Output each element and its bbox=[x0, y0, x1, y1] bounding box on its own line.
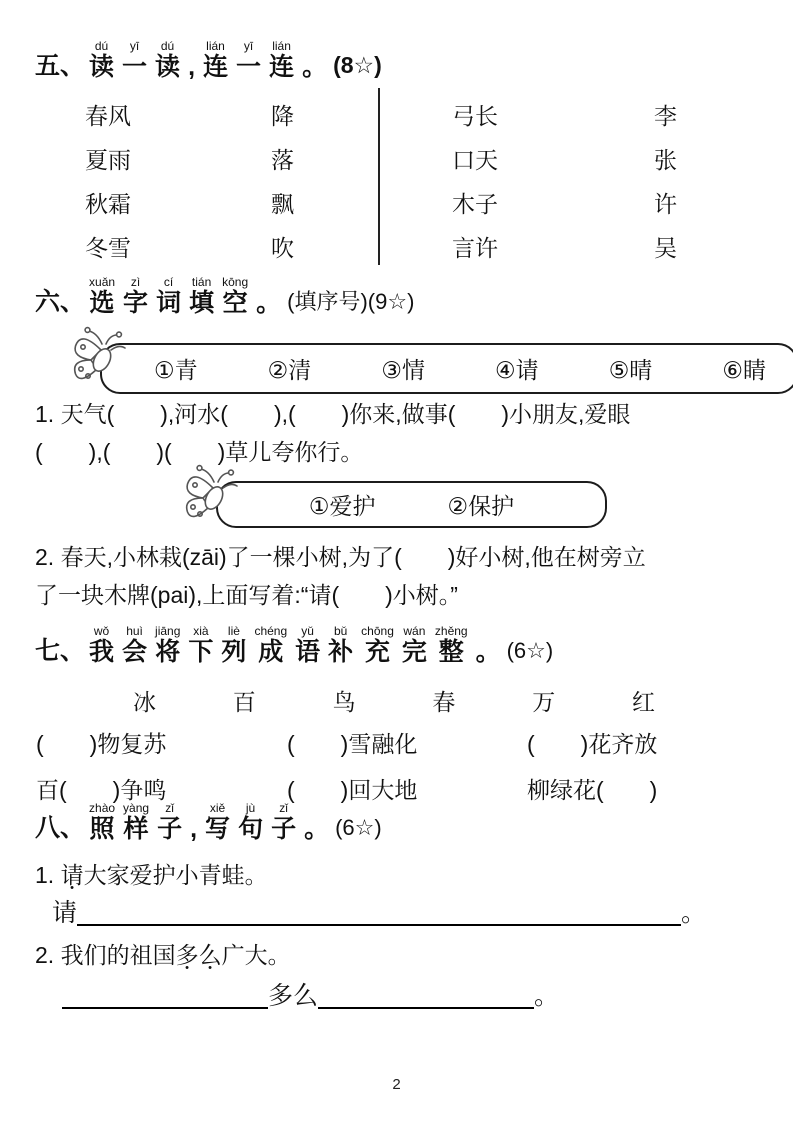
pinyin-label: cí bbox=[164, 276, 173, 289]
hanzi-char: 词 bbox=[156, 289, 181, 318]
hanzi-char: 整 bbox=[439, 638, 464, 667]
match-word: 春风 bbox=[85, 101, 131, 145]
word-bank-box-1: ①青②清③情④请⑤晴⑥睛 bbox=[100, 343, 793, 394]
match-word: 吴 bbox=[654, 233, 677, 277]
pinyin-label: chōng bbox=[361, 625, 394, 638]
pinyin-label: yī bbox=[244, 40, 253, 53]
hanzi-char: 空 bbox=[223, 289, 248, 318]
word-option: ②保护 bbox=[448, 488, 515, 521]
answer2-blank-right[interactable] bbox=[318, 983, 534, 1009]
title-char: jiāng将 bbox=[155, 625, 180, 667]
answer-line-2: 多么。 bbox=[62, 981, 559, 1011]
hanzi-char: 写 bbox=[205, 815, 230, 844]
section8-number: 八、 bbox=[35, 815, 85, 844]
match-column-verbs: 降落飘吹 bbox=[271, 101, 294, 277]
match-word: 吹 bbox=[271, 233, 294, 277]
section5-title-chars: dú读yī一dú读 ,lián连yī一lián连 。 bbox=[85, 40, 331, 82]
pinyin-label: dú bbox=[95, 40, 108, 53]
title-char: 。 bbox=[256, 276, 281, 318]
hanzi-char: 读 bbox=[89, 53, 114, 82]
match-word: 木子 bbox=[452, 189, 498, 233]
title-char: chéng成 bbox=[254, 625, 287, 667]
pinyin-label bbox=[313, 40, 316, 53]
pinyin-label: huì bbox=[126, 625, 143, 638]
section7-title: 七、 wǒ我huì会jiāng将xià下liè列chéng成yǔ语bǔ补chōn… bbox=[35, 625, 553, 667]
word-option: ⑤晴 bbox=[609, 352, 653, 385]
title-char: jù句 bbox=[238, 802, 263, 844]
title-char: yī一 bbox=[122, 40, 147, 82]
pinyin-label: zì bbox=[131, 276, 140, 289]
word-option: ①爱护 bbox=[309, 488, 376, 521]
hanzi-char: 连 bbox=[269, 53, 294, 82]
hanzi-char: 。 bbox=[476, 638, 501, 667]
hanzi-char: 选 bbox=[90, 289, 115, 318]
title-char: dú读 bbox=[155, 40, 180, 82]
match-word: 言许 bbox=[452, 233, 498, 277]
title-char: lián连 bbox=[269, 40, 294, 82]
pinyin-label: liè bbox=[228, 625, 240, 638]
pinyin-label: jù bbox=[246, 802, 255, 815]
hanzi-char: 。 bbox=[304, 815, 329, 844]
section5-number: 五、 bbox=[35, 53, 85, 82]
hanzi-char: 。 bbox=[302, 53, 327, 82]
bank-character: 鸟 bbox=[333, 684, 356, 717]
hanzi-char: 语 bbox=[295, 638, 320, 667]
title-char: cí词 bbox=[156, 276, 181, 318]
match-word: 降 bbox=[271, 101, 294, 145]
hanzi-char: 一 bbox=[236, 53, 261, 82]
title-char: xuǎn选 bbox=[89, 276, 115, 318]
title-char: 。 bbox=[304, 802, 329, 844]
section8-title-chars: zhào照yàng样zǐ子 ,xiě写jù句zǐ子 。 bbox=[85, 802, 333, 844]
hanzi-char: 完 bbox=[402, 638, 427, 667]
bank-character: 红 bbox=[632, 684, 655, 717]
section7-title-chars: wǒ我huì会jiāng将xià下liè列chéng成yǔ语bǔ补chōng充w… bbox=[85, 625, 505, 667]
hanzi-char: 连 bbox=[203, 53, 228, 82]
title-char: yī一 bbox=[236, 40, 261, 82]
title-char: kōng空 bbox=[222, 276, 248, 318]
idiom-blank: ( )回大地 bbox=[287, 772, 527, 805]
match-word: 张 bbox=[654, 145, 677, 189]
pinyin-label: kōng bbox=[222, 276, 248, 289]
pinyin-label: lián bbox=[272, 40, 291, 53]
pinyin-label bbox=[486, 625, 489, 638]
hanzi-char: , bbox=[188, 53, 195, 82]
title-char: xià下 bbox=[188, 625, 213, 667]
text-line: 1. 天气( ),河水( ),( )你来,做事( )小朋友,爱眼 bbox=[35, 395, 630, 433]
hanzi-char: 下 bbox=[188, 638, 213, 667]
pinyin-label: zǐ bbox=[279, 802, 288, 815]
title-char: zì字 bbox=[123, 276, 148, 318]
idiom-blank: ( )花齐放 bbox=[527, 726, 736, 759]
title-char: yǔ语 bbox=[295, 625, 320, 667]
bank-character: 冰 bbox=[133, 684, 156, 717]
pinyin-label: wán bbox=[403, 625, 425, 638]
title-char: chōng充 bbox=[361, 625, 394, 667]
hanzi-char: 填 bbox=[189, 289, 214, 318]
title-char: tián填 bbox=[189, 276, 214, 318]
section5-score: (8☆) bbox=[333, 52, 382, 82]
section7-number: 七、 bbox=[35, 638, 85, 667]
match-word: 夏雨 bbox=[85, 145, 131, 189]
answer2-period: 。 bbox=[534, 982, 559, 1010]
question-6-2: 2. 春天,小林栽(zāi)了一棵小树,为了( )好小树,他在树旁立了一块木牌(… bbox=[35, 538, 646, 614]
pinyin-label: yī bbox=[130, 40, 139, 53]
hanzi-char: 成 bbox=[258, 638, 283, 667]
section8-title: 八、 zhào照yàng样zǐ子 ,xiě写jù句zǐ子 。 (6☆) bbox=[35, 802, 382, 844]
bank-character: 春 bbox=[432, 684, 455, 717]
title-char: 。 bbox=[476, 625, 501, 667]
pinyin-label: xuǎn bbox=[89, 276, 115, 289]
idiom-blank: ( )物复苏 bbox=[36, 726, 287, 759]
worksheet-page: 五、 dú读yī一dú读 ,lián连yī一lián连 。 (8☆) 春风夏雨秋… bbox=[0, 0, 793, 1122]
answer-line-1: 请。 bbox=[52, 898, 706, 928]
bank-character: 万 bbox=[532, 684, 555, 717]
text-line: 了一块木牌(pai),上面写着:“请( )小树。” bbox=[35, 576, 646, 614]
question-6-1: 1. 天气( ),河水( ),( )你来,做事( )小朋友,爱眼( ),( )(… bbox=[35, 395, 630, 471]
section5-title: 五、 dú读yī一dú读 ,lián连yī一lián连 。 (8☆) bbox=[35, 40, 382, 82]
match-word: 李 bbox=[654, 101, 677, 145]
title-char: bǔ补 bbox=[328, 625, 353, 667]
butterfly-icon bbox=[69, 324, 131, 395]
title-char: liè列 bbox=[221, 625, 246, 667]
section6-number: 六、 bbox=[35, 289, 85, 318]
match-word: 飘 bbox=[271, 189, 294, 233]
pinyin-label bbox=[315, 802, 318, 815]
answer1-prefix: 请 bbox=[52, 899, 77, 927]
pinyin-label bbox=[192, 802, 195, 815]
pinyin-label: wǒ bbox=[94, 625, 109, 638]
example-sentence-2: 2. 我们的祖国多么广大。 bbox=[35, 940, 291, 970]
match-column-surnames: 李张许吴 bbox=[654, 101, 677, 277]
hanzi-char: 读 bbox=[155, 53, 180, 82]
match-word: 许 bbox=[654, 189, 677, 233]
word-option: ②清 bbox=[268, 352, 312, 385]
title-char: zǐ子 bbox=[271, 802, 296, 844]
answer1-period: 。 bbox=[681, 899, 706, 927]
emphasized-char: 么 bbox=[199, 940, 222, 970]
pinyin-label: jiāng bbox=[155, 625, 180, 638]
hanzi-char: 照 bbox=[90, 815, 115, 844]
answer2-blank-left[interactable] bbox=[62, 983, 268, 1009]
title-char: zhěng整 bbox=[435, 625, 468, 667]
hanzi-char: , bbox=[190, 815, 197, 844]
pinyin-label bbox=[190, 40, 193, 53]
word-option: ③情 bbox=[381, 352, 425, 385]
title-char: wán完 bbox=[402, 625, 427, 667]
section6-title-chars: xuǎn选zì字cí词tián填kōng空 。 bbox=[85, 276, 285, 318]
title-char: huì会 bbox=[122, 625, 147, 667]
match-column-character-parts: 弓长口天木子言许 bbox=[452, 101, 498, 277]
match-divider-line bbox=[378, 88, 380, 265]
title-char: dú读 bbox=[89, 40, 114, 82]
hanzi-char: 字 bbox=[123, 289, 148, 318]
pinyin-label: yàng bbox=[123, 802, 149, 815]
answer2-middle-word: 多么 bbox=[268, 982, 318, 1010]
pinyin-label: zhào bbox=[89, 802, 115, 815]
page-number: 2 bbox=[0, 1076, 793, 1093]
word-option: ①青 bbox=[154, 352, 198, 385]
hanzi-char: 子 bbox=[271, 815, 296, 844]
match-word: 口天 bbox=[452, 145, 498, 189]
title-char: lián连 bbox=[203, 40, 228, 82]
match-word: 弓长 bbox=[452, 101, 498, 145]
emphasized-char: 多 bbox=[176, 940, 199, 970]
idiom-blank: ( )雪融化 bbox=[287, 726, 527, 759]
pinyin-label: dú bbox=[161, 40, 174, 53]
section7-score: (6☆) bbox=[507, 638, 554, 666]
word-option: ④请 bbox=[495, 352, 539, 385]
emphasized-char: 请 bbox=[61, 860, 84, 890]
pinyin-label: zhěng bbox=[435, 625, 468, 638]
example-sentence-1: 1. 请大家爱护小青蛙。 bbox=[35, 860, 268, 890]
match-column-season-words: 春风夏雨秋霜冬雪 bbox=[85, 101, 131, 277]
hanzi-char: 列 bbox=[221, 638, 246, 667]
title-char: zǐ子 bbox=[157, 802, 182, 844]
word-bank-box-2: ①爱护②保护 bbox=[216, 481, 607, 528]
title-char: , bbox=[190, 802, 197, 844]
section6-score: (填序号)(9☆) bbox=[287, 289, 414, 317]
match-word: 秋霜 bbox=[85, 189, 131, 233]
hanzi-char: 。 bbox=[256, 289, 281, 318]
character-bank: 冰百鸟春万红 bbox=[133, 684, 655, 717]
title-char: wǒ我 bbox=[89, 625, 114, 667]
text-line: ( ),( )( )草儿夸你行。 bbox=[35, 433, 630, 471]
title-char: zhào照 bbox=[89, 802, 115, 844]
pinyin-label: chéng bbox=[254, 625, 287, 638]
hanzi-char: 充 bbox=[365, 638, 390, 667]
bank-character: 百 bbox=[233, 684, 256, 717]
match-word: 落 bbox=[271, 145, 294, 189]
text-line: 2. 春天,小林栽(zāi)了一棵小树,为了( )好小树,他在树旁立 bbox=[35, 538, 646, 576]
pinyin-label: zǐ bbox=[165, 802, 174, 815]
title-char: 。 bbox=[302, 40, 327, 82]
butterfly-icon bbox=[181, 462, 243, 533]
hanzi-char: 我 bbox=[89, 638, 114, 667]
hanzi-char: 会 bbox=[122, 638, 147, 667]
section6-title: 六、 xuǎn选zì字cí词tián填kōng空 。 (填序号)(9☆) bbox=[35, 276, 414, 318]
title-char: xiě写 bbox=[205, 802, 230, 844]
idiom-list: ( )物复苏( )雪融化( )花齐放百( )争鸣( )回大地柳绿花( ) bbox=[36, 726, 736, 805]
pinyin-label: tián bbox=[192, 276, 211, 289]
title-char: yàng样 bbox=[123, 802, 149, 844]
word-option: ⑥睛 bbox=[722, 352, 766, 385]
pinyin-label: yǔ bbox=[301, 625, 314, 638]
match-word: 冬雪 bbox=[85, 233, 131, 277]
pinyin-label: lián bbox=[206, 40, 225, 53]
pinyin-label: xiě bbox=[210, 802, 225, 815]
idiom-blank: 柳绿花( ) bbox=[527, 772, 736, 805]
hanzi-char: 一 bbox=[122, 53, 147, 82]
title-char: , bbox=[188, 40, 195, 82]
pinyin-label bbox=[267, 276, 270, 289]
section8-score: (6☆) bbox=[335, 815, 382, 843]
pinyin-label: xià bbox=[193, 625, 208, 638]
hanzi-char: 将 bbox=[155, 638, 180, 667]
hanzi-char: 句 bbox=[238, 815, 263, 844]
hanzi-char: 补 bbox=[328, 638, 353, 667]
answer1-blank[interactable] bbox=[77, 900, 681, 926]
pinyin-label: bǔ bbox=[334, 625, 347, 638]
hanzi-char: 子 bbox=[157, 815, 182, 844]
hanzi-char: 样 bbox=[124, 815, 149, 844]
